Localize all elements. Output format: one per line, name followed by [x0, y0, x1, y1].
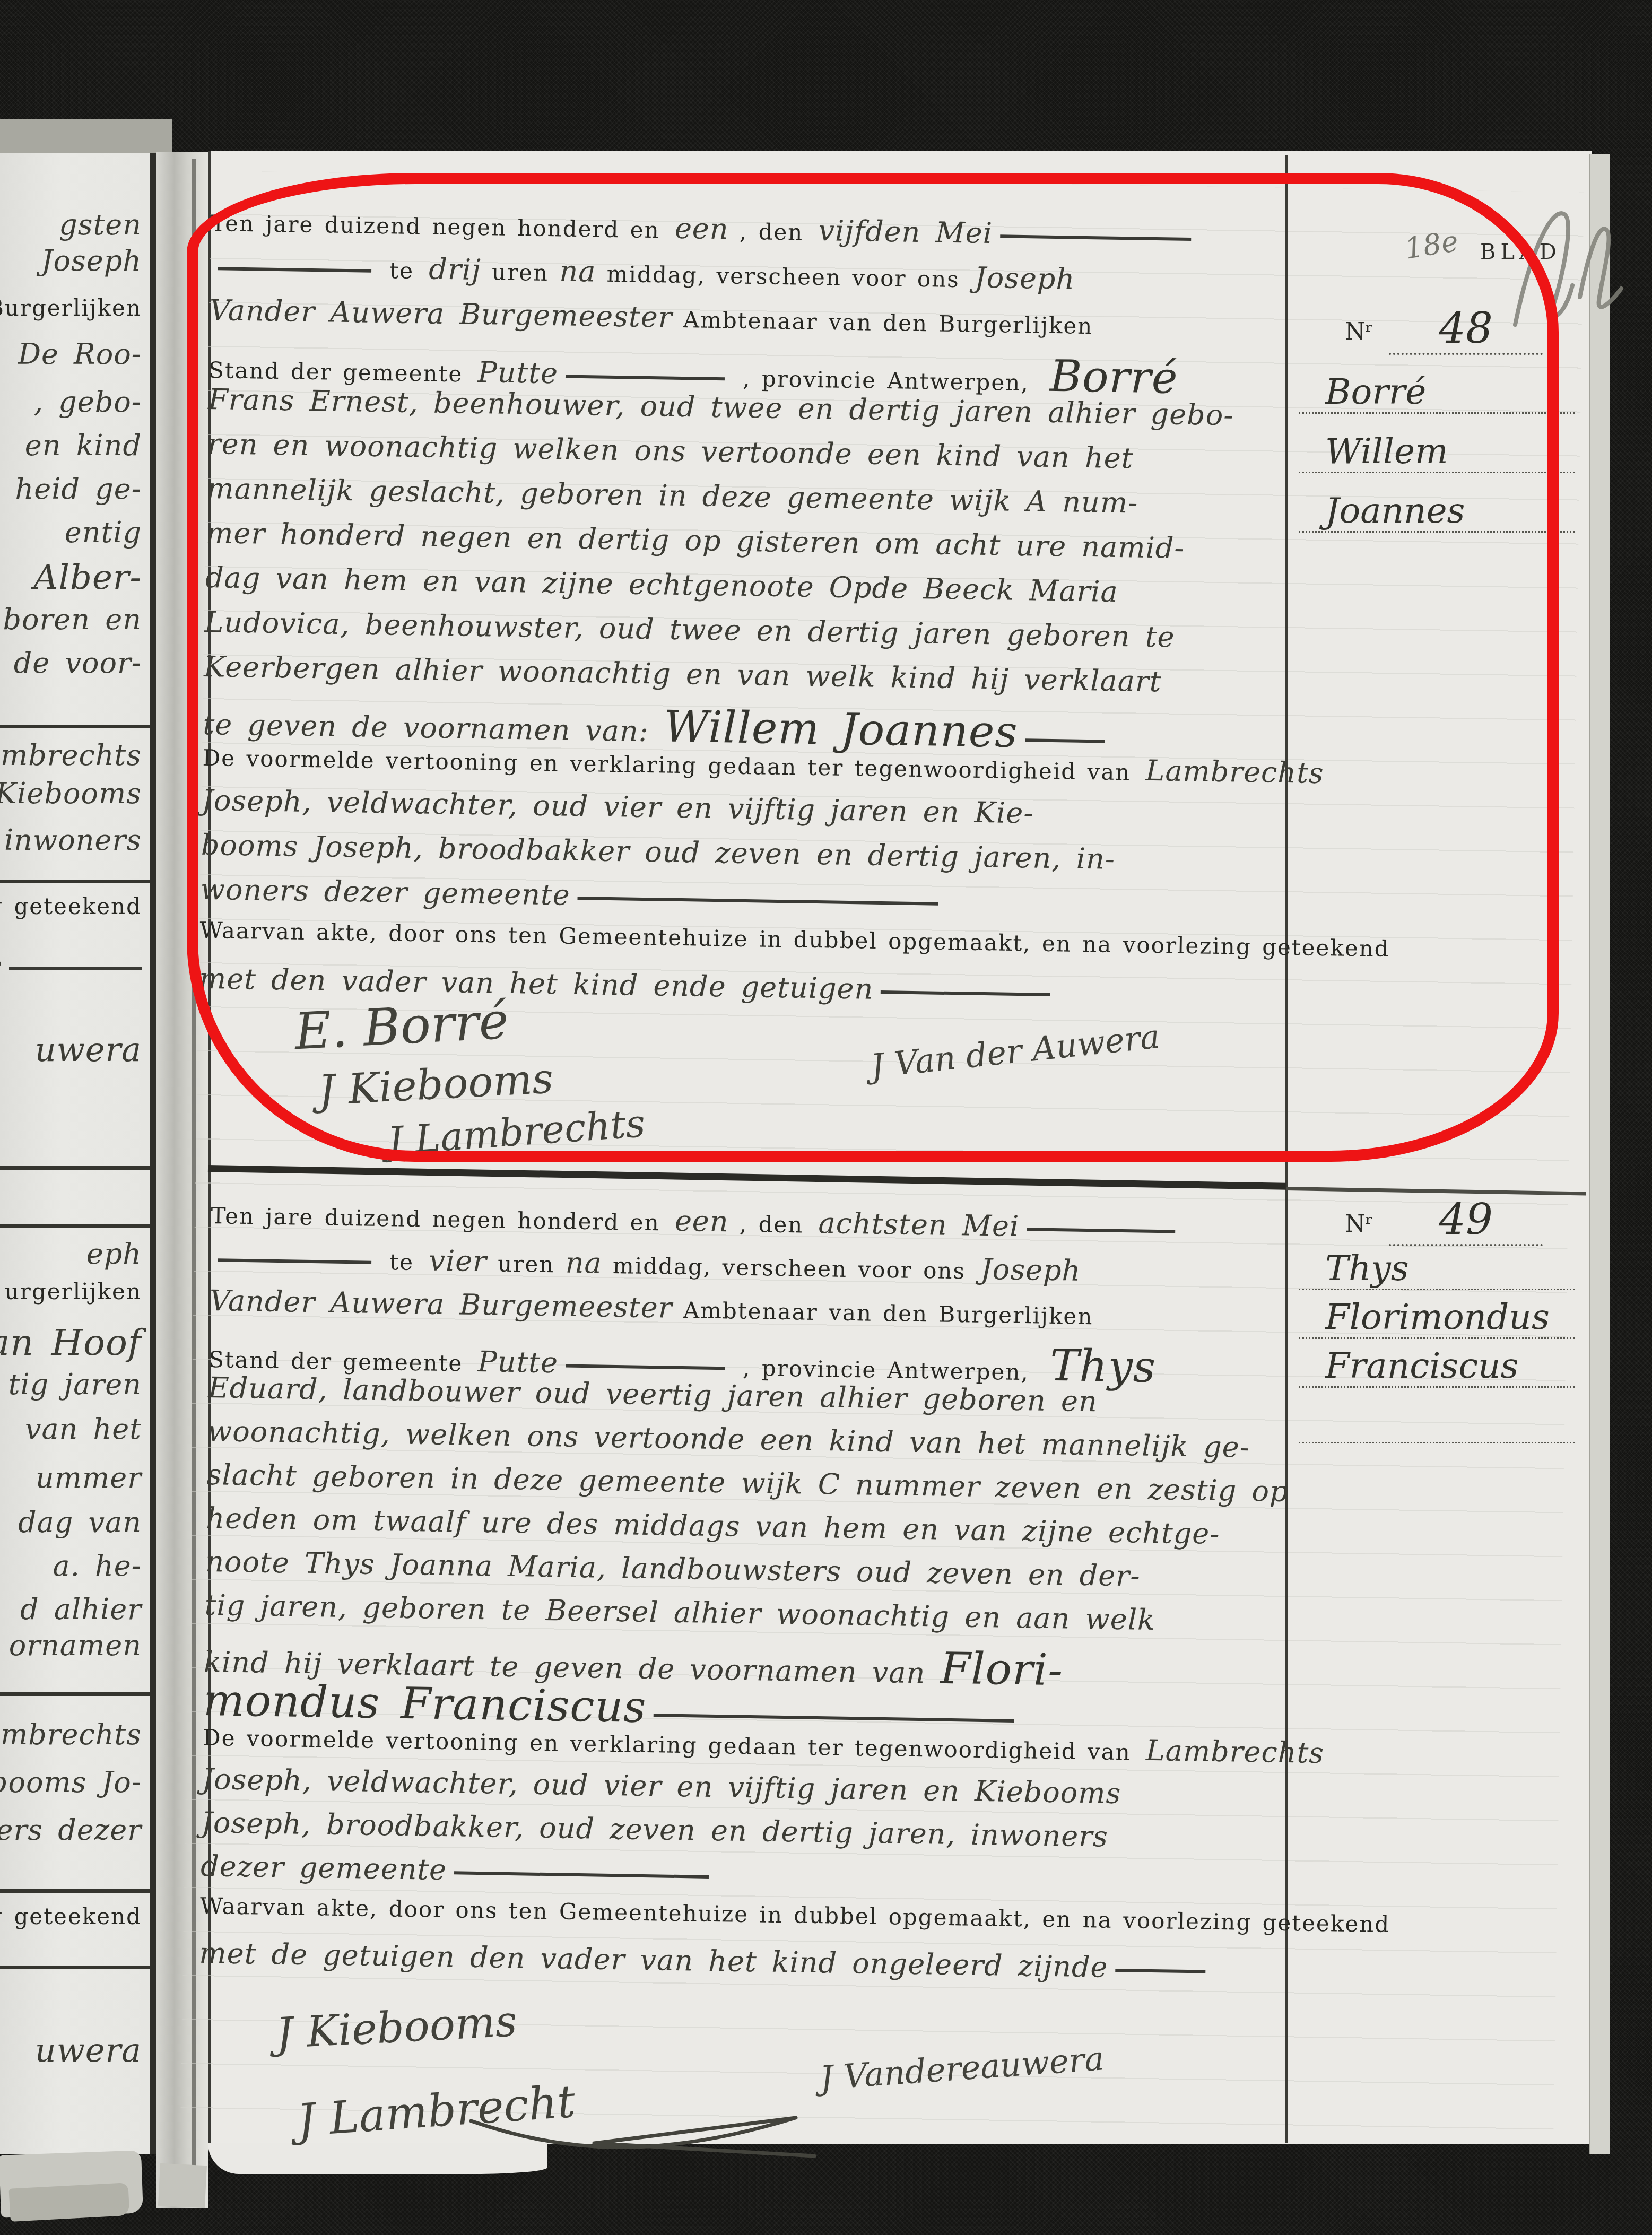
margin-name-row: Borré — [1299, 371, 1575, 414]
handwritten-text: na — [559, 254, 596, 288]
fragment-label: inwoners — [4, 823, 142, 857]
previous-page-fragment-text: tig jaren — [8, 1368, 142, 1401]
gutter-paper-foot — [158, 2163, 207, 2208]
margin-name-row: Joannes — [1299, 490, 1575, 533]
previous-page-fragment-text: ers dezer — [0, 1813, 142, 1847]
previous-page-divider — [0, 1224, 150, 1228]
pencil-paraph-icon — [1500, 191, 1628, 334]
blank-fill-rule — [654, 1714, 1014, 1723]
handwritten-text: een — [659, 1204, 729, 1238]
handwritten-text: Putte — [463, 355, 559, 390]
record-number-label: Nʳ — [1345, 318, 1373, 345]
scanned-register-page: gstenJosephBurgerlijkenDe Roo-, gebo-en … — [0, 0, 1652, 2235]
fragment-label: de voor- — [14, 646, 142, 680]
previous-page-fragment-text: mbrechts — [1, 738, 142, 772]
printed-text: Stand der gemeente — [208, 357, 463, 387]
fragment-label: , gebo- — [34, 385, 142, 419]
fragment-label: dag van — [18, 1506, 142, 1539]
previous-page-fragment-text: gsten — [59, 208, 142, 241]
handwritten-text: Lambrechts — [1131, 1733, 1324, 1770]
previous-page-divider — [0, 1889, 150, 1893]
blank-fill-rule — [566, 1364, 725, 1370]
previous-page-fragment-text: ornamen — [9, 1629, 142, 1662]
margin-empty-row — [1299, 1405, 1575, 1443]
printed-text: uren — [481, 259, 559, 286]
fragment-label: De Roo- — [18, 337, 142, 371]
handwritten-text: Vander Auwera Burgemeester — [209, 1284, 673, 1325]
fragment-label: mbrechts — [1, 1718, 142, 1751]
blank-fill-rule — [1025, 738, 1105, 743]
previous-page-fragment-text: , gebo- — [34, 385, 142, 419]
fragment-label: ers dezer — [0, 1813, 142, 1847]
handwritten-text: Lambrechts — [1131, 753, 1324, 790]
page-edge-strip-top — [0, 119, 172, 153]
blank-fill-rule — [1115, 1969, 1205, 1973]
fragment-label: heid ge- — [15, 472, 142, 506]
printed-text: te — [379, 257, 414, 284]
handwritten-text: Putte — [463, 1344, 559, 1379]
margin-name-row: Thys — [1299, 1248, 1575, 1290]
previous-page-fragment-text: entig — [65, 516, 142, 549]
previous-page-fragment-text: eph — [86, 1237, 142, 1271]
handwritten-text: Joseph — [966, 1252, 1081, 1287]
previous-page-fragment-text: inwoners — [4, 823, 142, 857]
fragment-label: gsten — [59, 208, 142, 241]
page-edge-strip-right — [1589, 154, 1610, 2154]
fragment-label: booms Jo- — [0, 1766, 142, 1799]
handwritten-text: vijfden Mei — [803, 214, 993, 250]
signature: E. Borré — [293, 992, 510, 1062]
blank-fill-rule — [1000, 234, 1191, 241]
record-number-value: 49 — [1389, 1195, 1543, 1246]
printed-text: Ambtenaar van den Burgerlijken — [672, 1297, 1093, 1329]
fragment-label: g geteekend — [0, 1903, 142, 1929]
blank-fill-rule — [218, 267, 371, 273]
previous-page-fragment-text: uwera — [35, 1030, 142, 1069]
previous-page-fragment: gstenJosephBurgerlijkenDe Roo-, gebo-en … — [0, 153, 156, 2154]
previous-page-fragment-text: g geteekend — [0, 893, 142, 919]
fragment-label: urgerlijken — [5, 1279, 142, 1305]
previous-page-fragment-text: g geteekend — [0, 1903, 142, 1929]
previous-page-fragment-text: en kind — [25, 429, 142, 462]
blank-fill-rule — [881, 990, 1050, 996]
printed-text: , den — [728, 1211, 804, 1238]
previous-page-divider — [0, 880, 150, 883]
fragment-label: mbrechts — [1, 738, 142, 772]
printed-text: Ten jare duizend negen honderd en — [211, 1203, 660, 1236]
previous-page-fragment-text: Alber- — [33, 558, 142, 597]
previous-page-fragment-text: Kiebooms — [0, 777, 142, 810]
printed-text: middag, verscheen voor ons — [602, 1253, 966, 1284]
record-number-label: Nʳ — [1345, 1211, 1373, 1238]
printed-text: De voormelde vertooning en verklaring ge… — [202, 745, 1131, 785]
previous-page-fragment-text: Joseph — [41, 244, 142, 277]
fragment-label: Alber- — [33, 558, 142, 597]
fragment-label: uwera — [35, 1030, 142, 1069]
fragment-label: van het — [25, 1412, 142, 1446]
previous-page-fragment-text: boren en — [3, 603, 142, 636]
previous-page-fragment-text: a. he- — [53, 1549, 142, 1582]
previous-page-fragment-text: heid ge- — [15, 472, 142, 506]
blank-fill-rule — [566, 375, 725, 381]
fragment-label: tig jaren — [8, 1368, 142, 1401]
record-48-body: Ten jare duizend negen honderd en een , … — [198, 204, 1288, 1023]
previous-page-fragment-text: booms Jo- — [0, 1766, 142, 1799]
fragment-label: d alhier — [20, 1593, 142, 1626]
printed-text: te — [379, 1249, 414, 1275]
fragment-label: boren en — [3, 603, 142, 636]
handwritten-text: drij — [414, 252, 482, 286]
previous-page-fragment-text: ummer — [36, 1461, 142, 1494]
margin-column-rule — [1285, 155, 1288, 2143]
blank-fill-rule — [1027, 1228, 1175, 1233]
fragment-label: Kiebooms — [0, 777, 142, 810]
printed-text: Ten jare duizend negen honderd en — [211, 210, 660, 243]
fragment-label: uwera — [35, 2031, 142, 2069]
handwritten-text: een — [659, 211, 729, 246]
printed-text: , den — [728, 218, 804, 245]
handwritten-text: woners dezer gemeente — [200, 873, 570, 912]
fragment-label: a. he- — [53, 1549, 142, 1582]
previous-page-divider — [0, 1692, 150, 1696]
handwritten-text: dezer gemeente — [201, 1849, 447, 1886]
fragment-label: ijnde — [0, 949, 3, 982]
blank-fill-rule — [578, 897, 938, 906]
fragment-label: an Hoof — [0, 1322, 142, 1364]
previous-page-fragment-text: mbrechts — [1, 1718, 142, 1751]
handwritten-text: vier — [414, 1243, 488, 1278]
previous-page-fragment-text: De Roo- — [18, 337, 142, 371]
previous-page-divider — [0, 1166, 150, 1170]
handwritten-text: Joseph — [959, 260, 1075, 295]
blank-fill-rule — [218, 1258, 371, 1264]
handwritten-text: achtsten Mei — [803, 1206, 1020, 1243]
previous-page-fragment-text: urgerlijken — [5, 1279, 142, 1305]
previous-page-fragment-text: d alhier — [20, 1593, 142, 1626]
printed-text: middag, verscheen voor ons — [596, 260, 960, 292]
torn-paper-edge — [9, 2182, 130, 2222]
fragment-label: g geteekend — [0, 893, 142, 919]
fragment-label: ornamen — [9, 1629, 142, 1662]
fragment-label: en kind — [25, 429, 142, 462]
previous-page-fragment-text: van het — [25, 1412, 142, 1446]
printed-text: uren — [487, 1250, 566, 1277]
margin-name-row: Florimondus — [1299, 1297, 1575, 1339]
printed-text: De voormelde vertooning en verklaring ge… — [203, 1725, 1132, 1765]
previous-page-divider — [0, 1966, 150, 1969]
previous-page-fragment-text: ijnde — [0, 949, 142, 982]
printed-text: Ambtenaar van den Burgerlijken — [672, 307, 1093, 339]
fragment-label: Joseph — [41, 244, 142, 277]
handwritten-text: na — [565, 1246, 602, 1280]
previous-page-fragment-text: an Hoof — [0, 1322, 142, 1364]
fragment-label: entig — [65, 516, 142, 549]
fragment-label: Burgerlijken — [0, 295, 142, 321]
previous-page-fragment-text: Burgerlijken — [0, 295, 142, 321]
margin-name-row: Willem — [1299, 431, 1575, 473]
blank-fill-rule — [9, 967, 142, 970]
fragment-label: ummer — [36, 1461, 142, 1494]
previous-page-divider — [0, 725, 150, 728]
signature-flourish-icon — [467, 2111, 828, 2170]
record-49-body: Ten jare duizend negen honderd en een , … — [199, 1197, 1288, 1997]
previous-page-fragment-text: de voor- — [14, 646, 142, 680]
handwritten-text: Vander Auwera Burgemeester — [209, 293, 673, 334]
fragment-label: eph — [86, 1237, 142, 1271]
previous-page-fragment-text: uwera — [35, 2031, 142, 2069]
margin-name-row: Franciscus — [1299, 1345, 1575, 1388]
previous-page-fragment-text: dag van — [18, 1506, 142, 1539]
blank-fill-rule — [454, 1871, 709, 1879]
